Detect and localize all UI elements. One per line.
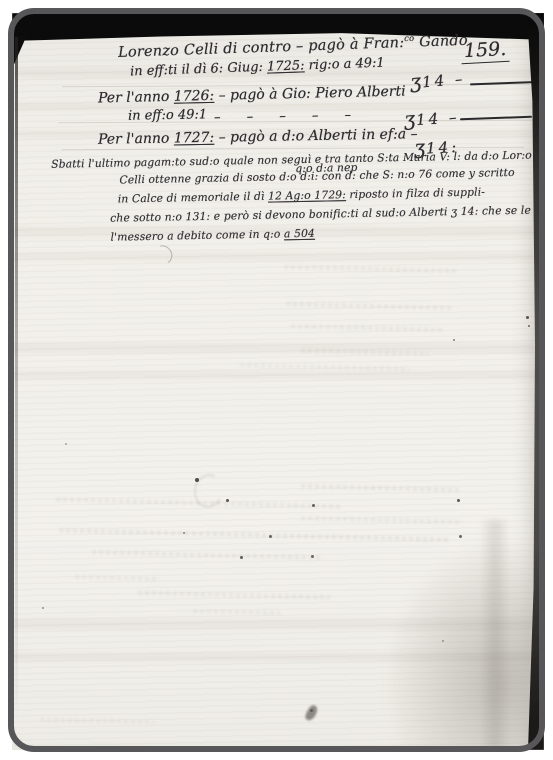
amount-entry-1: ʒ14 –	[409, 66, 466, 94]
paper-streak	[12, 343, 544, 353]
note-text: in Calce di memoriale il dì	[118, 190, 269, 206]
underlined-date: 1725:	[267, 58, 305, 74]
ink-speck	[528, 325, 530, 327]
ink-speck	[311, 555, 314, 558]
paper-streak	[12, 371, 544, 379]
ledger-text: Per l'anno	[98, 130, 174, 147]
bottom-right-shading	[386, 540, 536, 750]
ledger-text: Gando	[414, 33, 468, 51]
ink-speck	[195, 478, 199, 482]
ink-speck	[312, 504, 315, 507]
underlined-date: 12 Ag:o 1729:	[268, 188, 346, 202]
ink-speck	[226, 499, 229, 502]
note-text: l'messero a debito come in q:o	[110, 227, 284, 243]
note-line-2: Celli ottenne grazia di sosto d:o d:i: c…	[119, 166, 514, 187]
currency-mark: ʒ	[409, 69, 422, 93]
page-scan-area: 159. Lorenzo Celli di contro – pagò à Fr…	[12, 13, 544, 750]
underlined-date: 1727:	[174, 130, 215, 147]
note-line-5: l'messero a debito come in q:o a 504	[110, 227, 315, 244]
ink-speck	[240, 556, 243, 559]
ink-speck	[183, 532, 185, 534]
note-text: riposto in filza di suppli-	[346, 185, 485, 201]
underlined-date: 1726:	[174, 88, 215, 105]
page-left-edge	[15, 37, 18, 727]
ink-speck	[42, 607, 44, 609]
note-line-4: che sotto n:o 131: e però si devono boni…	[110, 204, 531, 225]
ink-speck	[269, 535, 272, 538]
filler-dashes: – – – – –	[214, 108, 362, 126]
ink-speck	[65, 443, 67, 445]
ink-speck	[459, 535, 462, 538]
ledger-text: rig:o a 49:1	[304, 56, 385, 74]
amount-value: 14 –	[421, 70, 466, 92]
underlined-reference: a 504	[284, 227, 315, 241]
superscript-abbrev: co	[404, 33, 415, 43]
note-line-3: in Calce di memoriale il dì 12 Ag:o 1729…	[118, 185, 485, 205]
ink-speck	[453, 339, 455, 341]
ink-speck	[457, 499, 460, 502]
manuscript-photo: 159. Lorenzo Celli di contro – pagò à Fr…	[0, 0, 553, 760]
ink-speck	[526, 316, 529, 319]
ledger-line-2b: in eff:o 49:1	[128, 107, 207, 123]
amount-value: 14 –	[416, 108, 461, 129]
ledger-text: Per l'anno	[98, 89, 174, 107]
marginal-note: Sbatti l'ultimo pagam:to sud:o quale non…	[45, 148, 544, 266]
